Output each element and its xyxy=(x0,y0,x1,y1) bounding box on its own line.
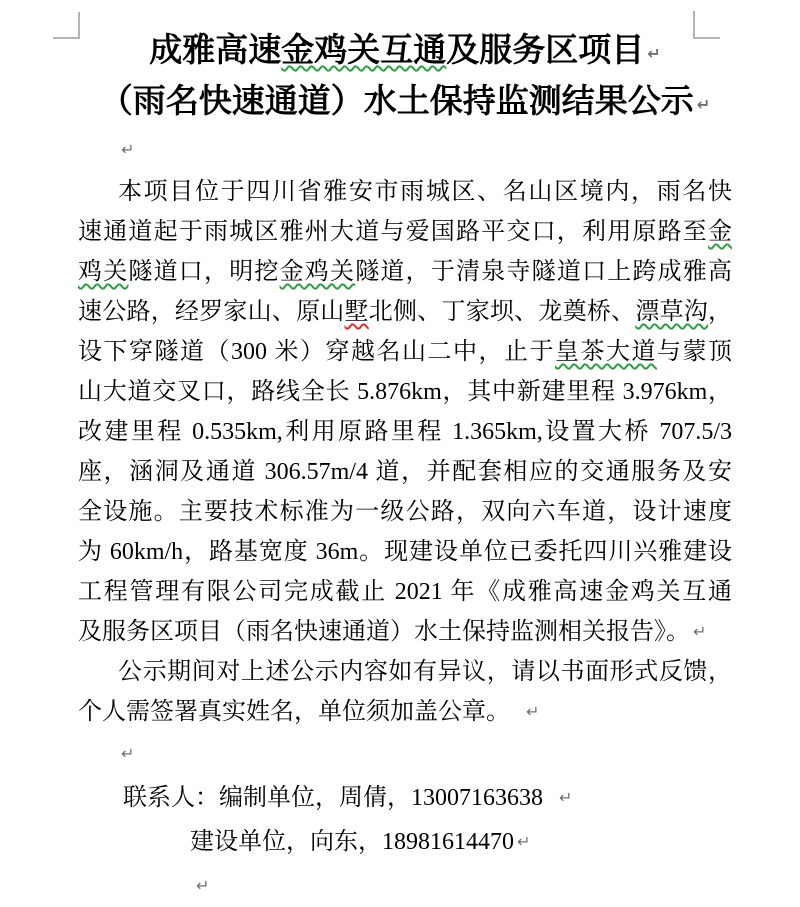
text-segment: 及服务区项目（雨名快速通道）水土保持监测相关报告》。 xyxy=(78,619,690,645)
document-title: 成雅高速金鸡关互通及服务区项目↵（雨名快速通道）水土保持监测结果公示↵ xyxy=(78,26,732,128)
spellcheck-red-underline-text: 墅 xyxy=(345,299,369,325)
body-text-line[interactable]: 工程管理有限公司完成截止 2021 年《成雅高速金鸡关互通 xyxy=(78,572,732,612)
body-text-line[interactable]: 速通道起于雨城区雅州大道与爱国路平交口，利用原路至金 xyxy=(78,212,732,252)
text-segment: 北侧、丁家坝、龙奠桥、 xyxy=(369,299,636,325)
page-title-line[interactable]: （雨名快速通道）水土保持监测结果公示↵ xyxy=(78,77,732,128)
paragraph-mark-icon: ↵ xyxy=(697,79,710,130)
contact-line[interactable]: 联系人：编制单位，周倩，13007163638↵ xyxy=(78,776,732,820)
spellcheck-green-underline-text: 鸡关 xyxy=(78,259,128,285)
paragraph-mark-icon: ↵ xyxy=(647,28,660,79)
paragraph-mark-icon: ↵ xyxy=(121,732,134,776)
body-text-line[interactable]: 为 60km/h，路基宽度 36m。现建设单位已委托四川兴雅建设 xyxy=(78,532,732,572)
body-text-line[interactable]: 个人需签署真实姓名，单位须加盖公章。↵ xyxy=(78,692,732,732)
text-segment: 成雅高速 xyxy=(149,33,281,69)
text-segment: 隧道，于清泉寺隧道口上跨成雅高 xyxy=(355,259,732,285)
text-segment: 公示期间对上述公示内容如有异议，请以书面形式反馈， xyxy=(118,659,732,685)
text-segment: 隧道口，明挖 xyxy=(128,259,279,285)
spellcheck-green-underline-text: 金 xyxy=(708,219,732,245)
text-boundary-corner-top-left-icon xyxy=(53,12,80,39)
body-text-line[interactable]: 山大道交叉口，路线全长 5.876km，其中新建里程 3.976km， xyxy=(78,372,732,412)
page-title-line[interactable]: 成雅高速金鸡关互通及服务区项目↵ xyxy=(78,26,732,77)
text-segment: 与蒙顶 xyxy=(657,339,732,365)
body-text-line[interactable]: 及服务区项目（雨名快速通道）水土保持监测相关报告》。↵ xyxy=(78,612,732,652)
paragraph-mark-icon: ↵ xyxy=(526,692,539,732)
empty-paragraph[interactable]: ↵ xyxy=(78,864,732,907)
empty-paragraph[interactable]: ↵ xyxy=(78,732,732,776)
paragraph-mark-icon: ↵ xyxy=(559,776,572,820)
text-segment: 联系人：编制单位，周倩，13007163638 xyxy=(123,785,543,811)
text-segment: 及服务区项目 xyxy=(446,33,644,69)
text-segment: 改建里程 0.535km,利用原路里程 1.365km,设置大桥 707.5/3 xyxy=(78,419,732,445)
text-segment: 建设单位，向东，18981614470 xyxy=(190,829,514,855)
paragraph-mark-icon: ↵ xyxy=(693,612,706,652)
text-segment: 工程管理有限公司完成截止 2021 年《成雅高速金鸡关互通 xyxy=(78,579,732,605)
body-text-line[interactable]: 鸡关隧道口，明挖金鸡关隧道，于清泉寺隧道口上跨成雅高 xyxy=(78,252,732,292)
text-segment: 山大道交叉口，路线全长 5.876km，其中新建里程 3.976km， xyxy=(78,379,732,405)
body-text-line[interactable]: 速公路，经罗家山、原山墅北侧、丁家坝、龙奠桥、漂草沟， xyxy=(78,292,732,332)
spellcheck-green-underline-text: 金鸡关互通 xyxy=(281,33,446,69)
text-segment: 速通道起于雨城区雅州大道与爱国路平交口，利用原路至 xyxy=(78,219,708,245)
body-text-line[interactable]: 改建里程 0.535km,利用原路里程 1.365km,设置大桥 707.5/3 xyxy=(78,412,732,452)
body-text-line[interactable]: 本项目位于四川省雅安市雨城区、名山区境内，雨名快 xyxy=(78,172,732,212)
body-text-line[interactable]: 座，涵洞及通道 306.57m/4 道，并配套相应的交通服务及安 xyxy=(78,452,732,492)
text-segment: 本项目位于四川省雅安市雨城区、名山区境内，雨名快 xyxy=(118,179,732,205)
spellcheck-green-underline-text: 金鸡关 xyxy=(280,259,356,285)
text-segment: 速公路，经罗家山、原山 xyxy=(78,299,345,325)
text-segment: 个人需签署真实姓名，单位须加盖公章。 xyxy=(78,699,510,725)
paragraph-mark-icon: ↵ xyxy=(196,864,209,907)
paragraph-mark-icon: ↵ xyxy=(517,820,530,864)
document-body: ↵本项目位于四川省雅安市雨城区、名山区境内，雨名快速通道起于雨城区雅州大道与爱国… xyxy=(78,128,732,907)
empty-paragraph[interactable]: ↵ xyxy=(78,128,732,172)
text-segment: 设下穿隧道（300 米）穿越名山二中，止于 xyxy=(78,339,555,365)
text-segment: 座，涵洞及通道 306.57m/4 道，并配套相应的交通服务及安 xyxy=(78,459,732,485)
text-segment: ， xyxy=(708,299,732,325)
body-text-line[interactable]: 全设施。主要技术标准为一级公路，双向六车道，设计速度 xyxy=(78,492,732,532)
body-text-line[interactable]: 公示期间对上述公示内容如有异议，请以书面形式反馈， xyxy=(78,652,732,692)
text-segment: 为 60km/h，路基宽度 36m。现建设单位已委托四川兴雅建设 xyxy=(78,539,732,565)
spellcheck-green-underline-text: 皇茶大道 xyxy=(555,339,657,365)
text-segment: 全设施。主要技术标准为一级公路，双向六车道，设计速度 xyxy=(78,499,732,525)
text-segment: （雨名快速通道）水土保持监测结果公示 xyxy=(100,84,694,120)
paragraph-mark-icon: ↵ xyxy=(121,128,134,172)
spellcheck-green-underline-text: 漂草沟 xyxy=(635,299,708,325)
body-text-line[interactable]: 设下穿隧道（300 米）穿越名山二中，止于皇茶大道与蒙顶 xyxy=(78,332,732,372)
document-page[interactable]: 成雅高速金鸡关互通及服务区项目↵（雨名快速通道）水土保持监测结果公示↵ ↵本项目… xyxy=(78,26,732,907)
contact-line[interactable]: 建设单位，向东，18981614470↵ xyxy=(78,820,732,864)
